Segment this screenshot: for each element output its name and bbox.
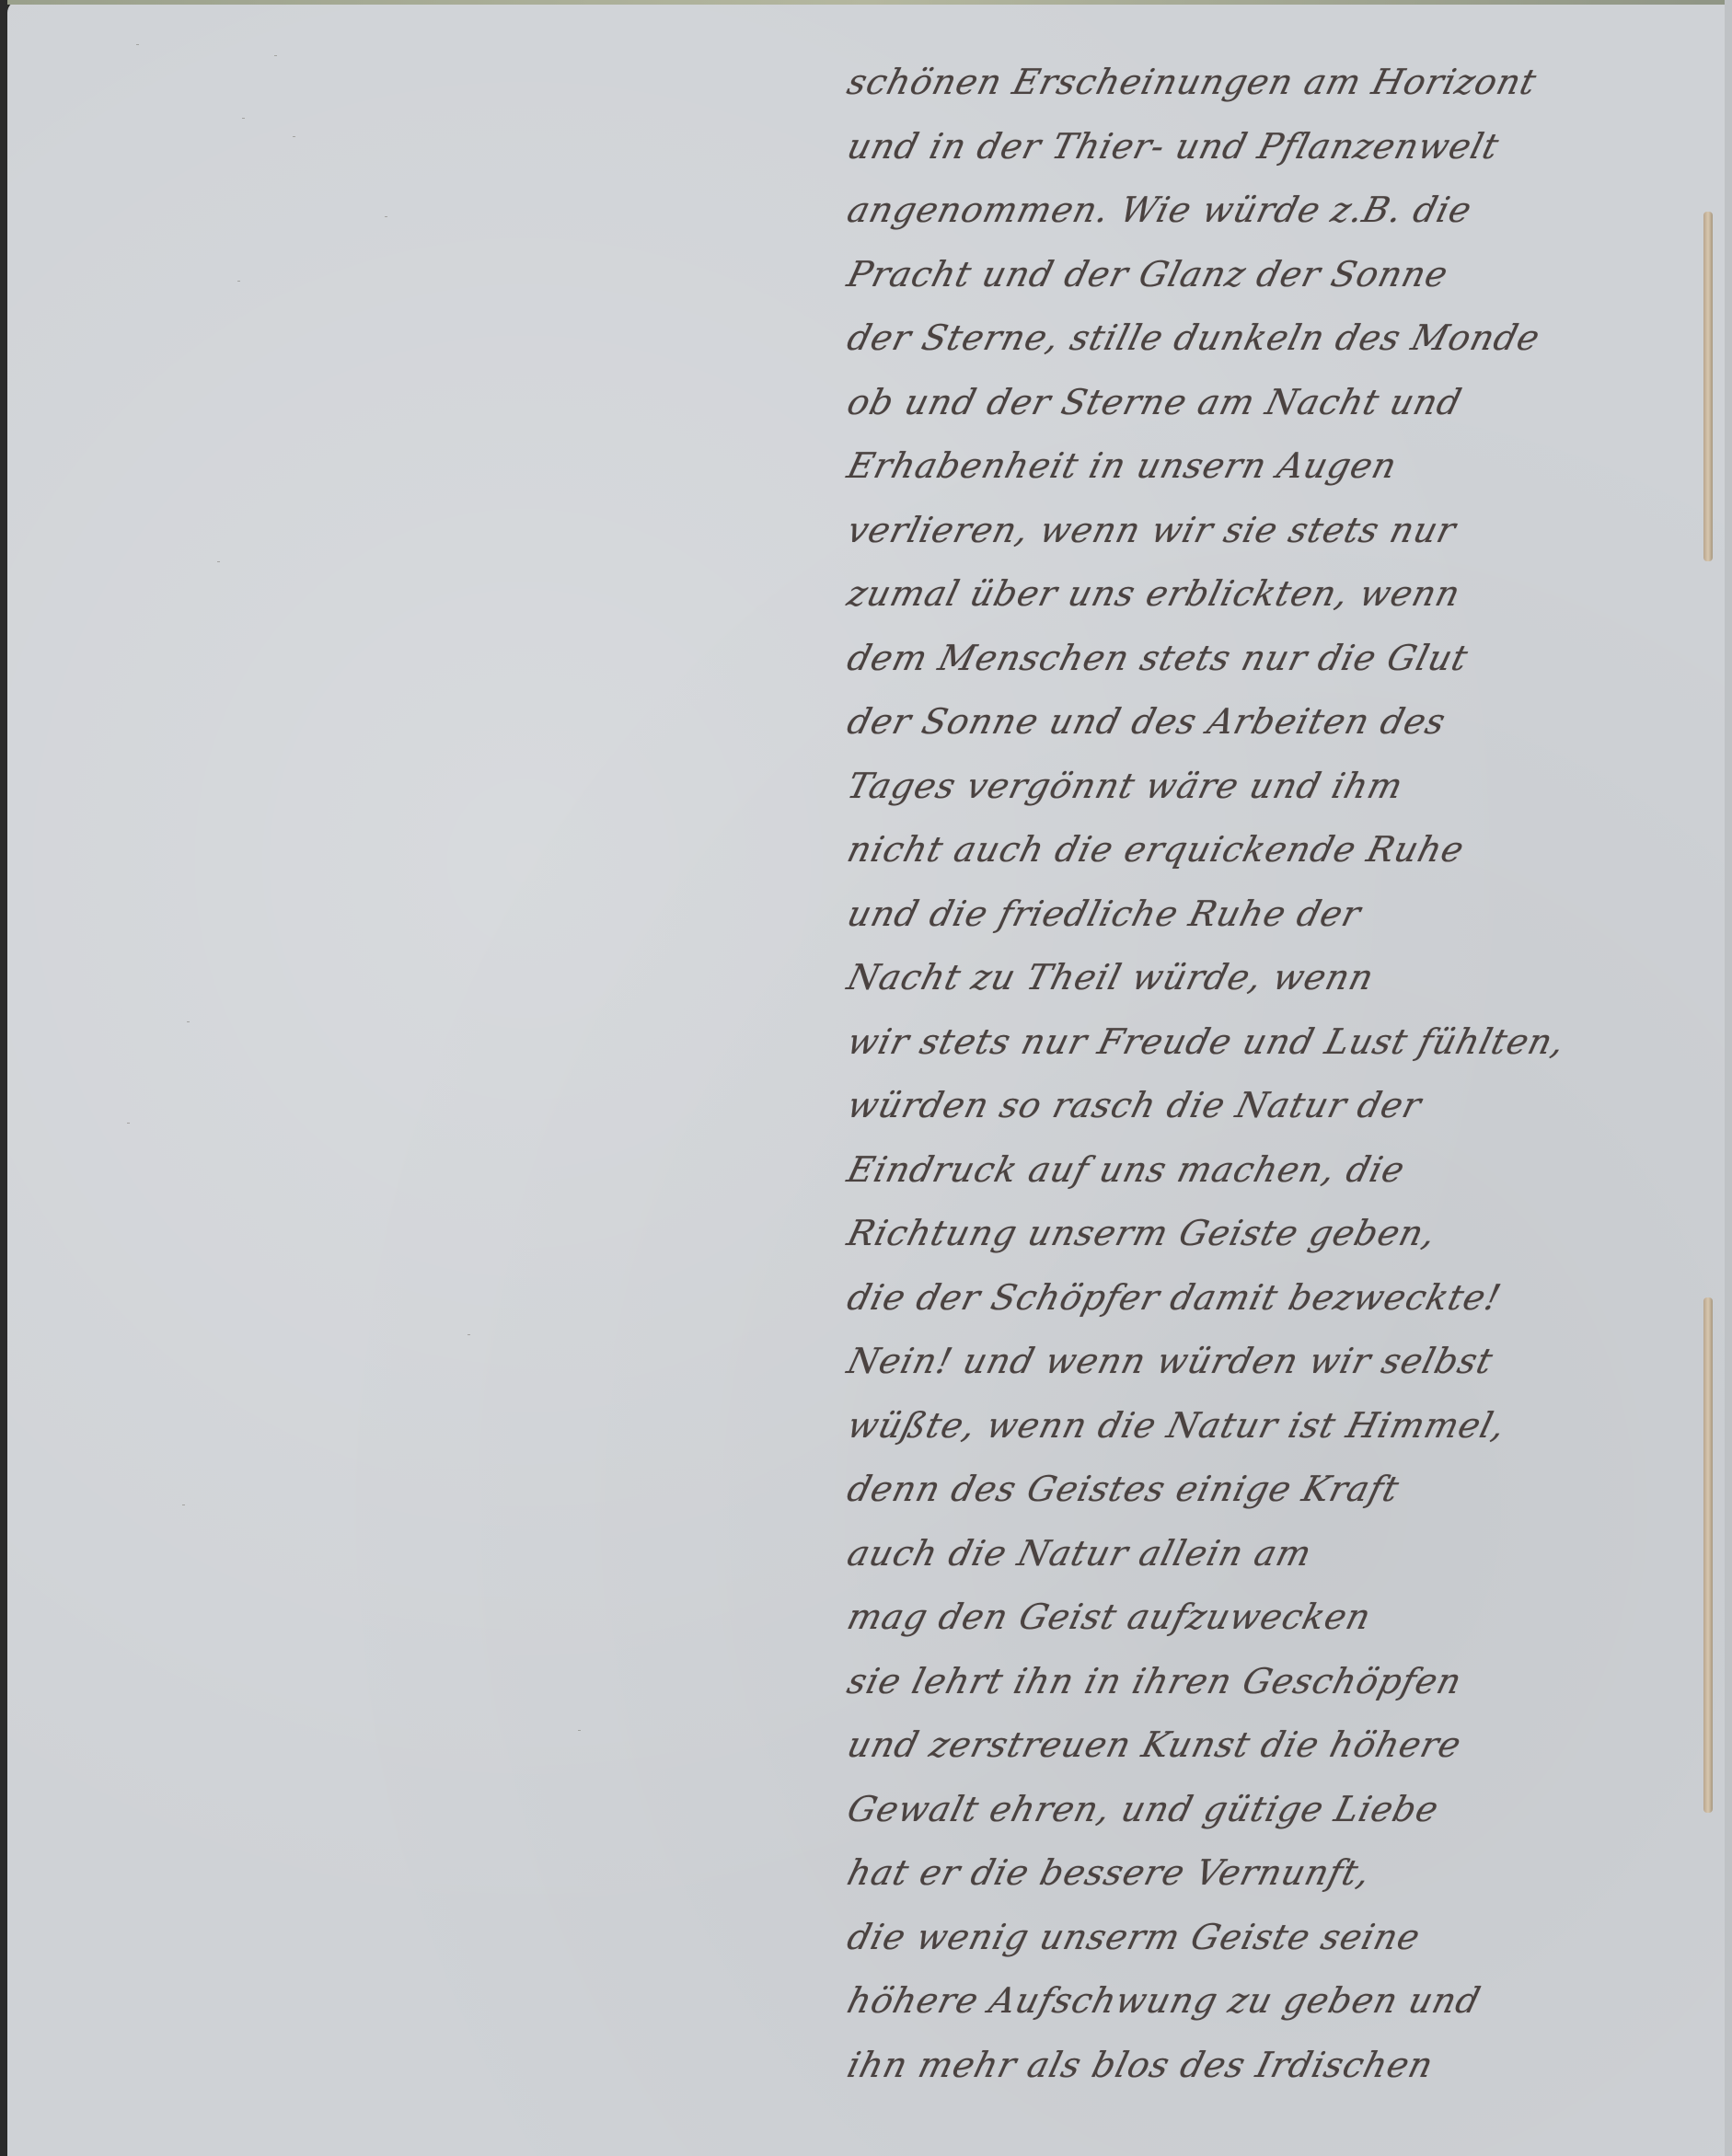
text-line: Richtung unserm Geiste geben,	[840, 1202, 1721, 1266]
paper-fleck	[293, 136, 295, 137]
text-line: Nacht zu Theil würde, wenn	[840, 946, 1721, 1010]
text-line: sie lehrt ihn in ihren Geschöpfen	[840, 1650, 1721, 1714]
text-line: angenommen. Wie würde z.B. die	[840, 179, 1721, 243]
text-line: ihn mehr als blos des Irdischen	[840, 2034, 1721, 2098]
text-line: Erhabenheit in unsern Augen	[840, 434, 1721, 499]
text-line: und in der Thier- und Pflanzenwelt	[840, 115, 1721, 179]
handwritten-text: schönen Erscheinungen am Horizont und in…	[840, 51, 1705, 2097]
text-line: hat er die bessere Vernunft,	[840, 1841, 1721, 1906]
text-line: die der Schöpfer damit bezweckte!	[840, 1266, 1721, 1331]
text-line: auch die Natur allein am	[840, 1522, 1721, 1586]
paper-fleck	[242, 118, 245, 119]
text-line: Tages vergönnt wäre und ihm	[840, 755, 1721, 819]
text-line: denn des Geistes einige Kraft	[840, 1458, 1721, 1522]
text-line: und zerstreuen Kunst die höhere	[840, 1713, 1721, 1778]
text-line: und die friedliche Ruhe der	[840, 882, 1721, 947]
text-line: der Sonne und des Arbeiten des	[840, 690, 1721, 755]
text-line: die wenig unserm Geiste seine	[840, 1906, 1721, 1970]
paper-fleck	[578, 1730, 581, 1731]
text-line: Nein! und wenn würden wir selbst	[840, 1330, 1721, 1394]
text-line: Pracht und der Glanz der Sonne	[840, 243, 1721, 307]
text-line: zumal über uns erblickten, wenn	[840, 562, 1721, 627]
paper-fleck	[468, 1334, 470, 1335]
paper-fleck	[182, 1505, 185, 1505]
text-line: verlieren, wenn wir sie stets nur	[840, 499, 1721, 563]
paper-fleck	[274, 55, 277, 56]
manuscript-page: schönen Erscheinungen am Horizont und in…	[7, 0, 1732, 2156]
text-line: nicht auch die erquickende Ruhe	[840, 818, 1721, 882]
text-line: wir stets nur Freude und Lust fühlten,	[840, 1010, 1721, 1075]
text-line: der Sterne, stille dunkeln des Monde	[840, 306, 1721, 371]
text-line: würden so rasch die Natur der	[840, 1074, 1721, 1138]
page-right-edge	[1725, 0, 1732, 2156]
text-line: höhere Aufschwung zu geben und	[840, 1969, 1721, 2034]
paper-fleck	[127, 1123, 130, 1124]
text-line: schönen Erscheinungen am Horizont	[840, 51, 1721, 115]
text-line: Eindruck auf uns machen, die	[840, 1138, 1721, 1203]
paper-fleck	[187, 1021, 190, 1022]
page-top-edge	[7, 0, 1732, 5]
text-line: wüßte, wenn die Natur ist Himmel,	[840, 1394, 1721, 1458]
paper-fleck	[237, 281, 240, 282]
text-line: Gewalt ehren, und gütige Liebe	[840, 1778, 1721, 1842]
paper-fleck	[385, 216, 387, 217]
paper-fleck	[136, 44, 139, 45]
text-line: dem Menschen stets nur die Glut	[840, 627, 1721, 691]
text-line: mag den Geist aufzuwecken	[840, 1585, 1721, 1650]
paper-fleck	[217, 561, 220, 562]
text-line: ob und der Sterne am Nacht und	[840, 371, 1721, 435]
